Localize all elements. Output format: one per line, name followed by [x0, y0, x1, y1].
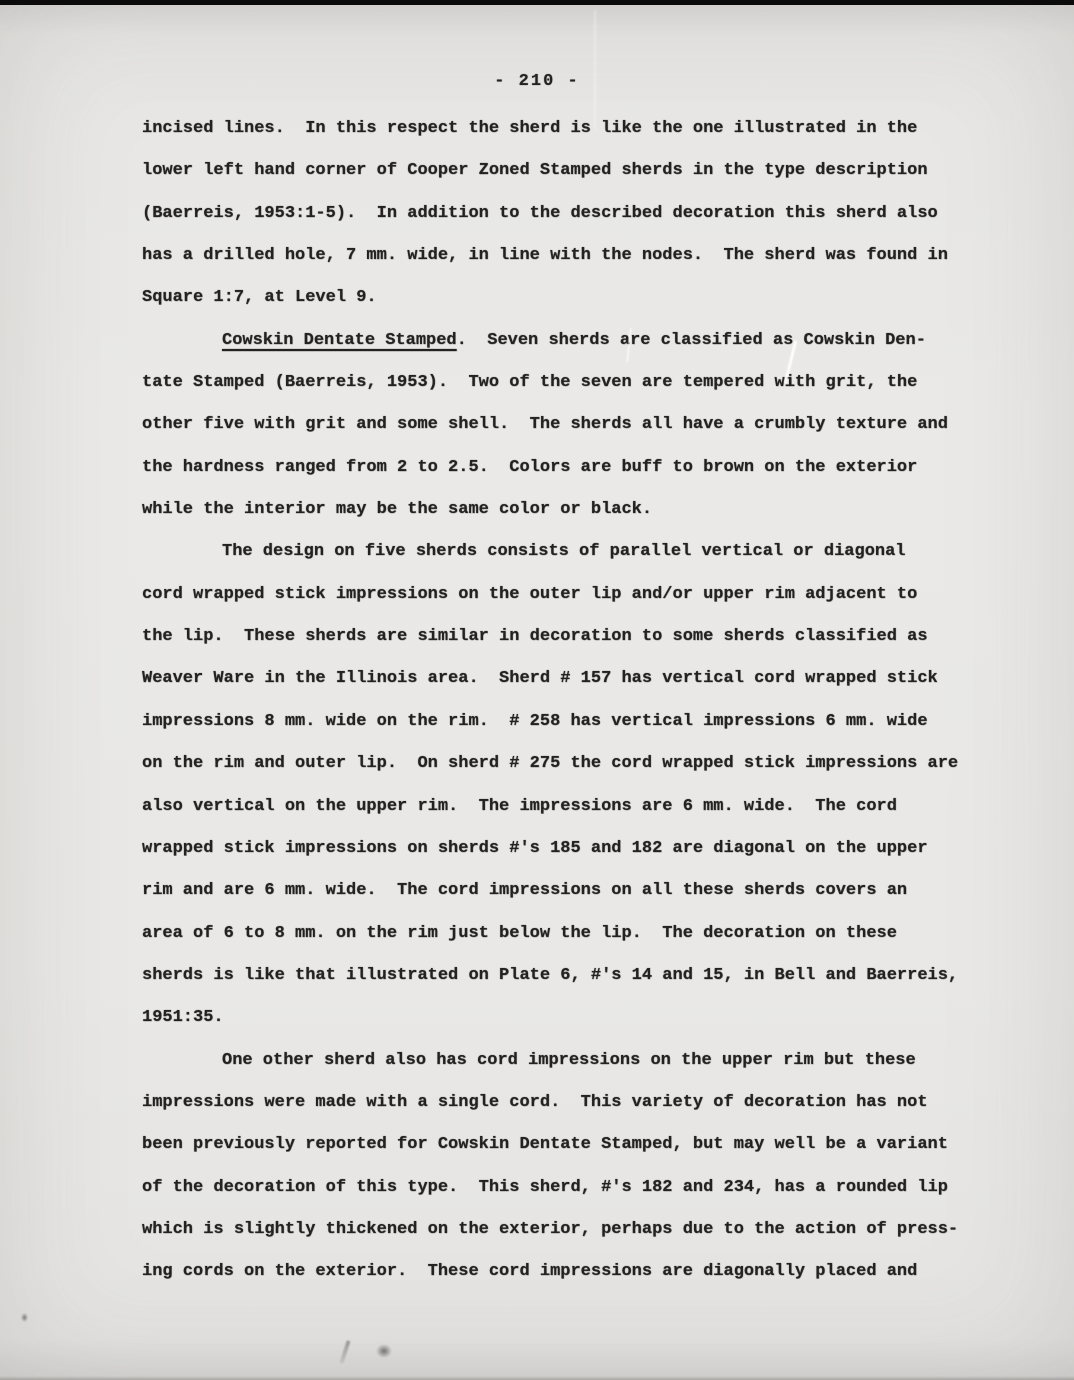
scan-edge-top	[0, 0, 1074, 5]
text-line: sherds is like that illustrated on Plate…	[142, 955, 982, 997]
text-line: The design on five sherds consists of pa…	[142, 531, 982, 573]
ink-speck	[21, 1313, 28, 1322]
text-line: the lip. These sherds are similar in dec…	[142, 616, 982, 658]
ink-smudge	[339, 1340, 350, 1364]
scanned-document-page: - 210 - incised lines. In this respect t…	[0, 0, 1074, 1380]
text-line: of the decoration of this type. This she…	[142, 1167, 982, 1209]
text-line: Weaver Ware in the Illinois area. Sherd …	[142, 658, 982, 700]
text-line: on the rim and outer lip. On sherd # 275…	[142, 743, 982, 785]
text-line: which is slightly thickened on the exter…	[142, 1209, 982, 1251]
text-line: wrapped stick impressions on sherds #'s …	[142, 828, 982, 870]
ink-smudge	[376, 1344, 392, 1358]
scan-edge-bottom	[0, 1376, 1074, 1380]
text-line: the hardness ranged from 2 to 2.5. Color…	[142, 447, 982, 489]
paragraph: Cowskin Dentate Stamped. Seven sherds ar…	[142, 320, 982, 532]
section-heading: Cowskin Dentate Stamped	[222, 331, 457, 350]
text-line: been previously reported for Cowskin Den…	[142, 1124, 982, 1166]
text-line: impressions were made with a single cord…	[142, 1082, 982, 1124]
text-line: Square 1:7, at Level 9.	[142, 277, 982, 319]
text-line: Cowskin Dentate Stamped. Seven sherds ar…	[142, 320, 982, 362]
text-line: One other sherd also has cord impression…	[142, 1040, 982, 1082]
text-line: ing cords on the exterior. These cord im…	[142, 1251, 982, 1293]
text-line: area of 6 to 8 mm. on the rim just below…	[142, 913, 982, 955]
text-line: other five with grit and some shell. The…	[142, 404, 982, 446]
text-body: incised lines. In this respect the sherd…	[142, 108, 982, 1294]
text-line: also vertical on the upper rim. The impr…	[142, 786, 982, 828]
paragraph: The design on five sherds consists of pa…	[142, 531, 982, 1039]
text-line: cord wrapped stick impressions on the ou…	[142, 574, 982, 616]
page-number: - 210 -	[0, 72, 1074, 91]
text-line: 1951:35.	[142, 997, 982, 1039]
text-line: tate Stamped (Baerreis, 1953). Two of th…	[142, 362, 982, 404]
text-line: lower left hand corner of Cooper Zoned S…	[142, 150, 982, 192]
text-line: while the interior may be the same color…	[142, 489, 982, 531]
text-line: rim and are 6 mm. wide. The cord impress…	[142, 870, 982, 912]
paragraph: One other sherd also has cord impression…	[142, 1040, 982, 1294]
text-line: has a drilled hole, 7 mm. wide, in line …	[142, 235, 982, 277]
paragraph: incised lines. In this respect the sherd…	[142, 108, 982, 320]
text-line: impressions 8 mm. wide on the rim. # 258…	[142, 701, 982, 743]
text-line: (Baerreis, 1953:1-5). In addition to the…	[142, 193, 982, 235]
text-line: incised lines. In this respect the sherd…	[142, 108, 982, 150]
